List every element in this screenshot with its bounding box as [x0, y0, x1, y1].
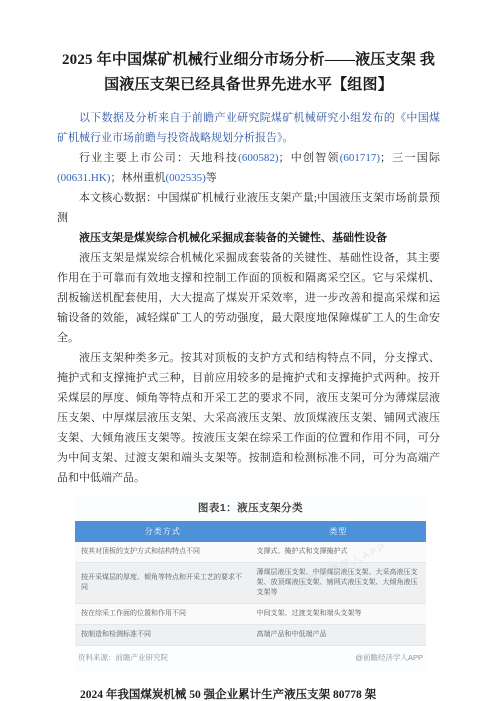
classification-figure: 前瞻经济学人APP 图表1：液压支架分类 分类方式 类型 按其对顶板的支护方式和… — [75, 495, 426, 671]
figure-source-row: 资料来源：前瞻产业研究院 @前瞻经济学人APP — [75, 646, 426, 671]
company-name: 林州重机 — [121, 172, 165, 184]
companies-prefix: 行业主要上市公司： — [79, 152, 189, 164]
core-data-paragraph: 本文核心数据：中国煤矿机械行业液压支架产量;中国液压支架市场前景预测 — [57, 188, 440, 228]
company-code-link[interactable]: (601717) — [340, 152, 380, 164]
cell-type: 薄煤层液压支架、中厚煤层液压支架、大采高液压支架、放顶煤液压支架、铺网式液压支架… — [251, 563, 427, 604]
company-name: 天地科技 — [189, 152, 238, 164]
intro-paragraph: 以下数据及分析来自于前瞻产业研究院煤矿机械研究小组发布的《中国煤矿机械行业市场前… — [57, 108, 440, 148]
intro-lead-text: 以下数据及分析来自于前瞻产业研究院煤矿机械研究小组发布的 — [79, 112, 395, 124]
separator: ； — [380, 152, 391, 164]
table-header-method: 分类方式 — [75, 521, 251, 542]
separator: ； — [110, 172, 121, 184]
classification-table: 分类方式 类型 按其对顶板的支护方式和结构特点不同 支撑式、掩护式和支撑掩护式 … — [75, 521, 426, 646]
table-header-type: 类型 — [251, 521, 427, 542]
table-row: 按在综采工作面的位置和作用不同 中间支架、过渡支架和端头支架等 — [75, 604, 426, 625]
cell-type: 中间支架、过渡支架和端头支架等 — [251, 604, 427, 625]
company-name: 中创智领 — [290, 152, 340, 164]
body-paragraph-2: 液压支架种类多元。按其对顶板的支护方式和结构特点不同，分支撑式、掩护式和支撑掩护… — [57, 348, 440, 488]
separator: ； — [279, 152, 290, 164]
table-row: 按开采煤层的厚度、倾角等特点和开采工艺的要求不同 薄煤层液压支架、中厚煤层液压支… — [75, 563, 426, 604]
cell-type: 支撑式、掩护式和支撑掩护式 — [251, 542, 427, 563]
article-title: 2025 年中国煤矿机械行业细分市场分析——液压支架 我国液压支架已经具备世界先… — [57, 48, 440, 98]
table-row: 按其对顶板的支护方式和结构特点不同 支撑式、掩护式和支撑掩护式 — [75, 542, 426, 563]
companies-suffix: 等 — [206, 172, 217, 184]
company-code-link[interactable]: (002535) — [165, 172, 205, 184]
intro-period: 。 — [283, 132, 294, 144]
source-app-credit: @前瞻经济学人APP — [355, 652, 423, 663]
figure-title: 图表1：液压支架分类 — [75, 495, 426, 521]
table-header-row: 分类方式 类型 — [75, 521, 426, 542]
cell-method: 按开采煤层的厚度、倾角等特点和开采工艺的要求不同 — [75, 563, 251, 604]
cell-method: 按制造和检测标准不同 — [75, 625, 251, 646]
article-page: 2025 年中国煤矿机械行业细分市场分析——液压支架 我国液压支架已经具备世界先… — [0, 0, 496, 701]
body-paragraph-1: 液压支架是煤炭综合机械化采掘成套装备的关键性、基础性设备，其主要作用在于可靠而有… — [57, 248, 440, 348]
cell-type: 高端产品和中低端产品 — [251, 625, 427, 646]
companies-paragraph: 行业主要上市公司：天地科技(600582)；中创智领(601717)；三一国际(… — [57, 148, 440, 188]
cell-method: 按在综采工作面的位置和作用不同 — [75, 604, 251, 625]
section-heading-2: 2024 年我国煤炭机械 50 强企业累计生产液压支架 80778 架 — [57, 685, 440, 701]
source-attribution: 资料来源：前瞻产业研究院 — [78, 652, 168, 663]
company-code-link[interactable]: (00631.HK) — [57, 172, 110, 184]
cell-method: 按其对顶板的支护方式和结构特点不同 — [75, 542, 251, 563]
table-row: 按制造和检测标准不同 高端产品和中低端产品 — [75, 625, 426, 646]
company-code-link[interactable]: (600582) — [238, 152, 278, 164]
company-name: 三一国际 — [391, 152, 440, 164]
section-heading-1: 液压支架是煤炭综合机械化采掘成套装备的关键性、基础性设备 — [57, 228, 440, 248]
